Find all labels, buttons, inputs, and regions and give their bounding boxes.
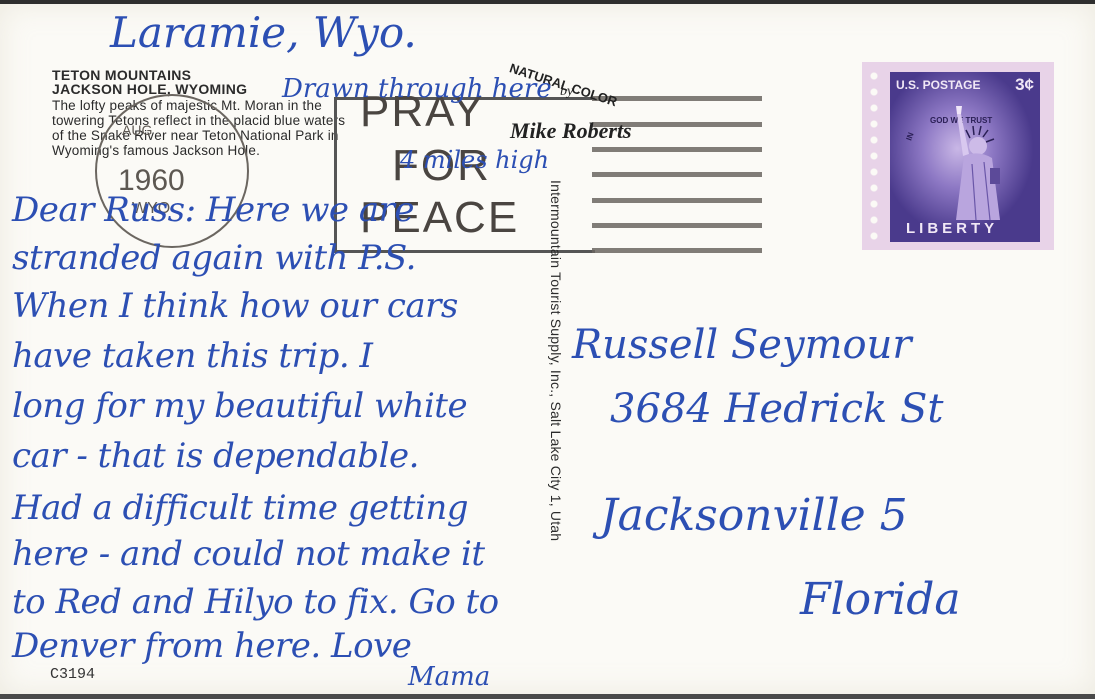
caption-title-line1: TETON MOUNTAINS [52,68,247,82]
stamp-top-label: U.S. POSTAGE [896,78,980,92]
message-line: here - and could not make it [12,534,485,574]
handwritten-place: Laramie, Wyo. [110,8,417,57]
address-name: Russell Seymour [572,322,911,368]
message-line: Had a difficult time getting [12,488,468,528]
address-street: 3684 Hedrick St [610,386,943,432]
scan-bottom-edge [0,694,1095,699]
statue-of-liberty-icon [942,102,1012,220]
stamp-value: 3¢ [1015,75,1034,95]
message-line: long for my beautiful white [12,386,467,426]
brand-name: Mike Roberts [510,118,632,144]
caption-title: TETON MOUNTAINS JACKSON HOLE, WYOMING [52,68,247,96]
card-code: C3194 [50,666,95,683]
message-line: to Red and Hilyo to fix. Go to [12,582,499,622]
caption-title-line2: JACKSON HOLE, WYOMING [52,82,247,96]
message-line: have taken this trip. I [12,336,372,376]
postcard-back: TETON MOUNTAINS JACKSON HOLE, WYOMING Th… [0,4,1095,694]
brand-by: by [560,84,573,100]
handwritten-note: Drawn through here [282,74,552,104]
address-city: Jacksonville 5 [600,490,908,541]
message-line: stranded again with P.S. [12,238,416,278]
stamp-motto-in: IN [904,131,915,142]
message-line: When I think how our cars [12,286,458,326]
message-line: Denver from here. Love [12,626,411,666]
cancellation-line [592,248,762,253]
stamp-bottom-label: LIBERTY [906,220,998,237]
publisher-credit: Intermountain Tourist Supply, Inc., Salt… [548,180,564,541]
stamp-perforation [868,68,880,248]
address-state: Florida [800,574,961,625]
message-line: Dear Russ: Here we are [12,190,414,230]
postmark-month: AUG [122,122,152,138]
cancellation-line [592,198,762,203]
handwritten-note: 4 miles high [400,146,549,174]
cancellation-line [592,223,762,228]
cancellation-line [592,172,762,177]
stamp-image: U.S. POSTAGE 3¢ IN GOD WE TRUST LIBERTY [890,72,1040,242]
cancellation-line [592,147,762,152]
signature: Mama [408,662,490,692]
postage-stamp: U.S. POSTAGE 3¢ IN GOD WE TRUST LIBERTY [862,62,1054,250]
message-line: car - that is dependable. [12,436,419,476]
